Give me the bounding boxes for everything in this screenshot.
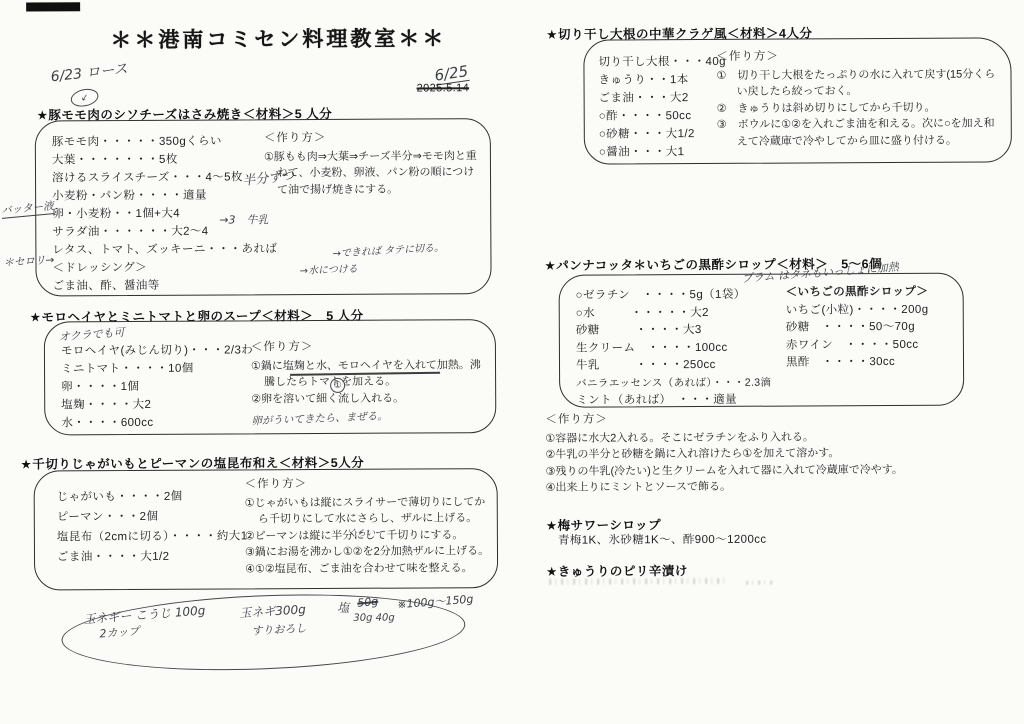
ingredient-line: 切り干し大根・・・40g bbox=[598, 53, 726, 72]
recipe-pannacotta-ingredients: ○ゼラチン ・・・・5g（1袋） ○水 ・・・・・大2 砂糖 ・・・・大3 生ク… bbox=[576, 287, 772, 411]
scanned-recipe-page: ＊＊港南コミセン料理教室＊＊ 6/23 ロース 6/25 2025.5.14 ↙… bbox=[0, 0, 1024, 724]
recipe-daikon-ingredients: 切り干し大根・・・40g きゅうり・・1本 ごま油・・・大2 ○酢・・・・50c… bbox=[598, 53, 726, 162]
ingredient-line: 卵・・・・1個 bbox=[61, 377, 253, 396]
method-step: ③ ボウルに①②を入れごま油を和える。次に○を加え和えて冷蔵庫で冷やしてから皿に… bbox=[717, 115, 999, 149]
method-step: ② きゅうりは斜め切りにしてから千切り。 bbox=[717, 99, 999, 117]
method-step: ①豚もも肉⇒大葉⇒チーズ半分⇒モモ肉と重ねて、小麦粉、卵液、パン粉の順につけて油… bbox=[264, 148, 480, 199]
scan-sheet: ＊＊港南コミセン料理教室＊＊ 6/23 ロース 6/25 2025.5.14 ↙… bbox=[0, 0, 1024, 724]
ingredient-line: ○醤油・・・大1 bbox=[599, 143, 727, 162]
ingredient-line: ごま油・・・大2 bbox=[599, 89, 727, 108]
method-step: ④出来上りにミントとソースで飾る。 bbox=[546, 477, 1006, 496]
hand-circled-number: ① bbox=[330, 378, 345, 393]
method-title: ＜作り方＞ bbox=[245, 475, 495, 493]
ingredient-line: 牛乳 ・・・・250cc bbox=[576, 357, 771, 376]
oval-note-line: 2カップ bbox=[99, 623, 140, 642]
page-title: ＊＊港南コミセン料理教室＊＊ bbox=[110, 22, 446, 54]
recipe-pork-method: ＜作り方＞ ①豚もも肉⇒大葉⇒チーズ半分⇒モモ肉と重ねて、小麦粉、卵液、パン粉の… bbox=[264, 129, 480, 198]
ingredient-line: 砂糖 ・・・・大3 bbox=[576, 322, 771, 341]
dressing-subheader: ＜ドレッシング＞ bbox=[52, 258, 277, 277]
ingredient-line: 生クリーム ・・・・100cc bbox=[576, 339, 771, 358]
recipe-soup-ingredients: モロヘイヤ(みじん切り)・・・2/3わ ミニトマト・・・・10個 卵・・・・1個… bbox=[61, 341, 254, 432]
check-icon: ↙ bbox=[80, 92, 90, 104]
ingredient-line: きゅうり・・1本 bbox=[598, 71, 726, 90]
oval-note-line: 30g 40g bbox=[353, 613, 394, 624]
recipe-soup-box: オクラでも可 モロヘイヤ(みじん切り)・・・2/3わ ミニトマト・・・・10個 … bbox=[44, 319, 497, 435]
faded-illegible-text bbox=[746, 581, 774, 585]
ingredient-line: レタス、トマト、ズッキーニ・・・あれば bbox=[52, 240, 277, 259]
faded-illegible-text bbox=[549, 578, 724, 585]
recipe-pannacotta-box: ○ゼラチン ・・・・5g（1袋） ○水 ・・・・・大2 砂糖 ・・・・大3 生ク… bbox=[559, 273, 965, 408]
ingredient-line: 小麦粉・パン粉・・・・適量 bbox=[52, 186, 277, 205]
handwritten-celery-note: ＊セロリ→ bbox=[3, 252, 55, 270]
oval-note-struck-value: 50g bbox=[357, 595, 379, 610]
ingredient-line: ミニトマト・・・・10個 bbox=[61, 359, 253, 378]
ingredient-line: 大葉・・・・・・・5枚 bbox=[52, 150, 277, 169]
ingredient-line: 赤ワイン ・・・・50cc bbox=[786, 336, 929, 354]
recipe-pannacotta-method: ＜作り方＞ ①容器に水大2入れる。そこにゼラチンをふり入れる。 ②牛乳の半分と砂… bbox=[545, 409, 1005, 496]
recipe-potato-ingredients: じゃがいも・・・・2個 ピーマン・・・2個 塩昆布（2cmに切る）・・・・約大1… bbox=[57, 486, 248, 567]
ingredient-line: 黒酢 ・・・・30cc bbox=[786, 354, 929, 372]
recipe-daikon-method: ＜作り方＞ ① 切り干し大根をたっぷりの水に入れて戻す(15分くらい戻したら絞っ… bbox=[716, 47, 999, 149]
syrup-subheader: ＜いちごの黒酢シロップ＞ bbox=[786, 284, 929, 302]
ingredient-line: 豚モモ肉・・・・・350gくらい bbox=[52, 132, 277, 151]
recipe-soup-method: ＜作り方＞ ①鍋に塩麹と水、モロヘイヤを入れて加熱。沸騰したらトマトを加える。 … bbox=[251, 338, 489, 426]
ingredient-line: 塩昆布（2cmに切る）・・・・約大1 bbox=[57, 526, 248, 547]
ingredient-line: ○水 ・・・・・大2 bbox=[576, 304, 771, 323]
ingredient-line: ○砂糖・・・大1/2 bbox=[599, 125, 727, 144]
recipe-daikon-box: 切り干し大根・・・40g きゅうり・・1本 ごま油・・・大2 ○酢・・・・50c… bbox=[583, 37, 1012, 164]
ingredient-line: ○ゼラチン ・・・・5g（1袋） bbox=[576, 287, 771, 306]
recipe-pannacotta-syrup: ＜いちごの黒酢シロップ＞ いちご(小粒)・・・・200g 砂糖 ・・・・50～7… bbox=[786, 284, 929, 372]
ingredient-line: ○酢・・・・50cc bbox=[599, 107, 727, 126]
handwritten-kurai-note: くらい bbox=[348, 526, 375, 539]
kyuri-pickle-header: ★きゅうりのピリ辛漬け bbox=[546, 561, 688, 580]
handwritten-soup-note: 卵がういてきたら、まぜる。 bbox=[251, 404, 489, 430]
recipe-pork-box: 豚モモ肉・・・・・350gくらい 大葉・・・・・・・5枚 溶けるスライスチーズ・… bbox=[35, 118, 492, 296]
ingredient-line: ごま油・・・・大1/2 bbox=[57, 546, 248, 567]
ingredient-line: ごま油、酢、醤油等 bbox=[53, 276, 278, 295]
handwritten-date-note: 6/23 ロース bbox=[50, 58, 129, 86]
oval-note-salt: 塩 bbox=[337, 599, 349, 616]
ingredient-line: 水・・・・600cc bbox=[61, 413, 253, 432]
method-title: ＜作り方＞ bbox=[264, 129, 480, 147]
ingredient-line: モロヘイヤ(みじん切り)・・・2/3わ bbox=[61, 341, 253, 360]
method-step: ④①②塩昆布、ごま油を合わせて味を整える。 bbox=[245, 560, 495, 578]
scan-artifact-bar bbox=[26, 2, 80, 11]
method-title: ＜作り方＞ bbox=[251, 338, 489, 356]
method-step: ③鍋にお湯を沸かし①②を2分加熱ザルに上げる。 bbox=[245, 543, 495, 561]
ingredient-line: 塩麹・・・・大2 bbox=[61, 395, 253, 414]
method-step: ①じゃがいもは縦にスライサーで薄切りにしてから千切りにして水にさらし、ザルに上げ… bbox=[245, 494, 495, 528]
ingredient-line: 砂糖 ・・・・50～70g bbox=[786, 319, 929, 337]
oval-note-line: すりおろし bbox=[251, 620, 307, 639]
method-title: ＜作り方＞ bbox=[716, 47, 998, 65]
ingredient-line: ミント（あれば） ・・・適量 bbox=[576, 392, 771, 411]
method-step: ① 切り干し大根をたっぷりの水に入れて戻す(15分くらい戻したら絞っておく。 bbox=[716, 66, 998, 100]
oval-note-line: ※100g～150g bbox=[397, 591, 474, 613]
recipe-potato-box: じゃがいも・・・・2個 ピーマン・・・2個 塩昆布（2cmに切る）・・・・約大1… bbox=[34, 468, 499, 590]
handwritten-egg-note: →3 牛乳 bbox=[219, 211, 268, 227]
handwritten-soak-note: →水につける bbox=[299, 260, 358, 277]
method-title: ＜作り方＞ bbox=[545, 409, 1005, 428]
ingredient-line: バニラエッセンス（あれば）・・・2.3滴 bbox=[576, 374, 771, 393]
ume-syrup-line: 青梅1K、氷砂糖1K～、酢900～1200cc bbox=[558, 531, 767, 548]
ingredient-line: いちご(小粒)・・・・200g bbox=[786, 301, 929, 319]
printed-date-struck: 2025.5.14 bbox=[417, 82, 470, 94]
ingredient-line: ピーマン・・・2個 bbox=[57, 506, 248, 527]
ingredient-line: じゃがいも・・・・2個 bbox=[57, 486, 248, 507]
